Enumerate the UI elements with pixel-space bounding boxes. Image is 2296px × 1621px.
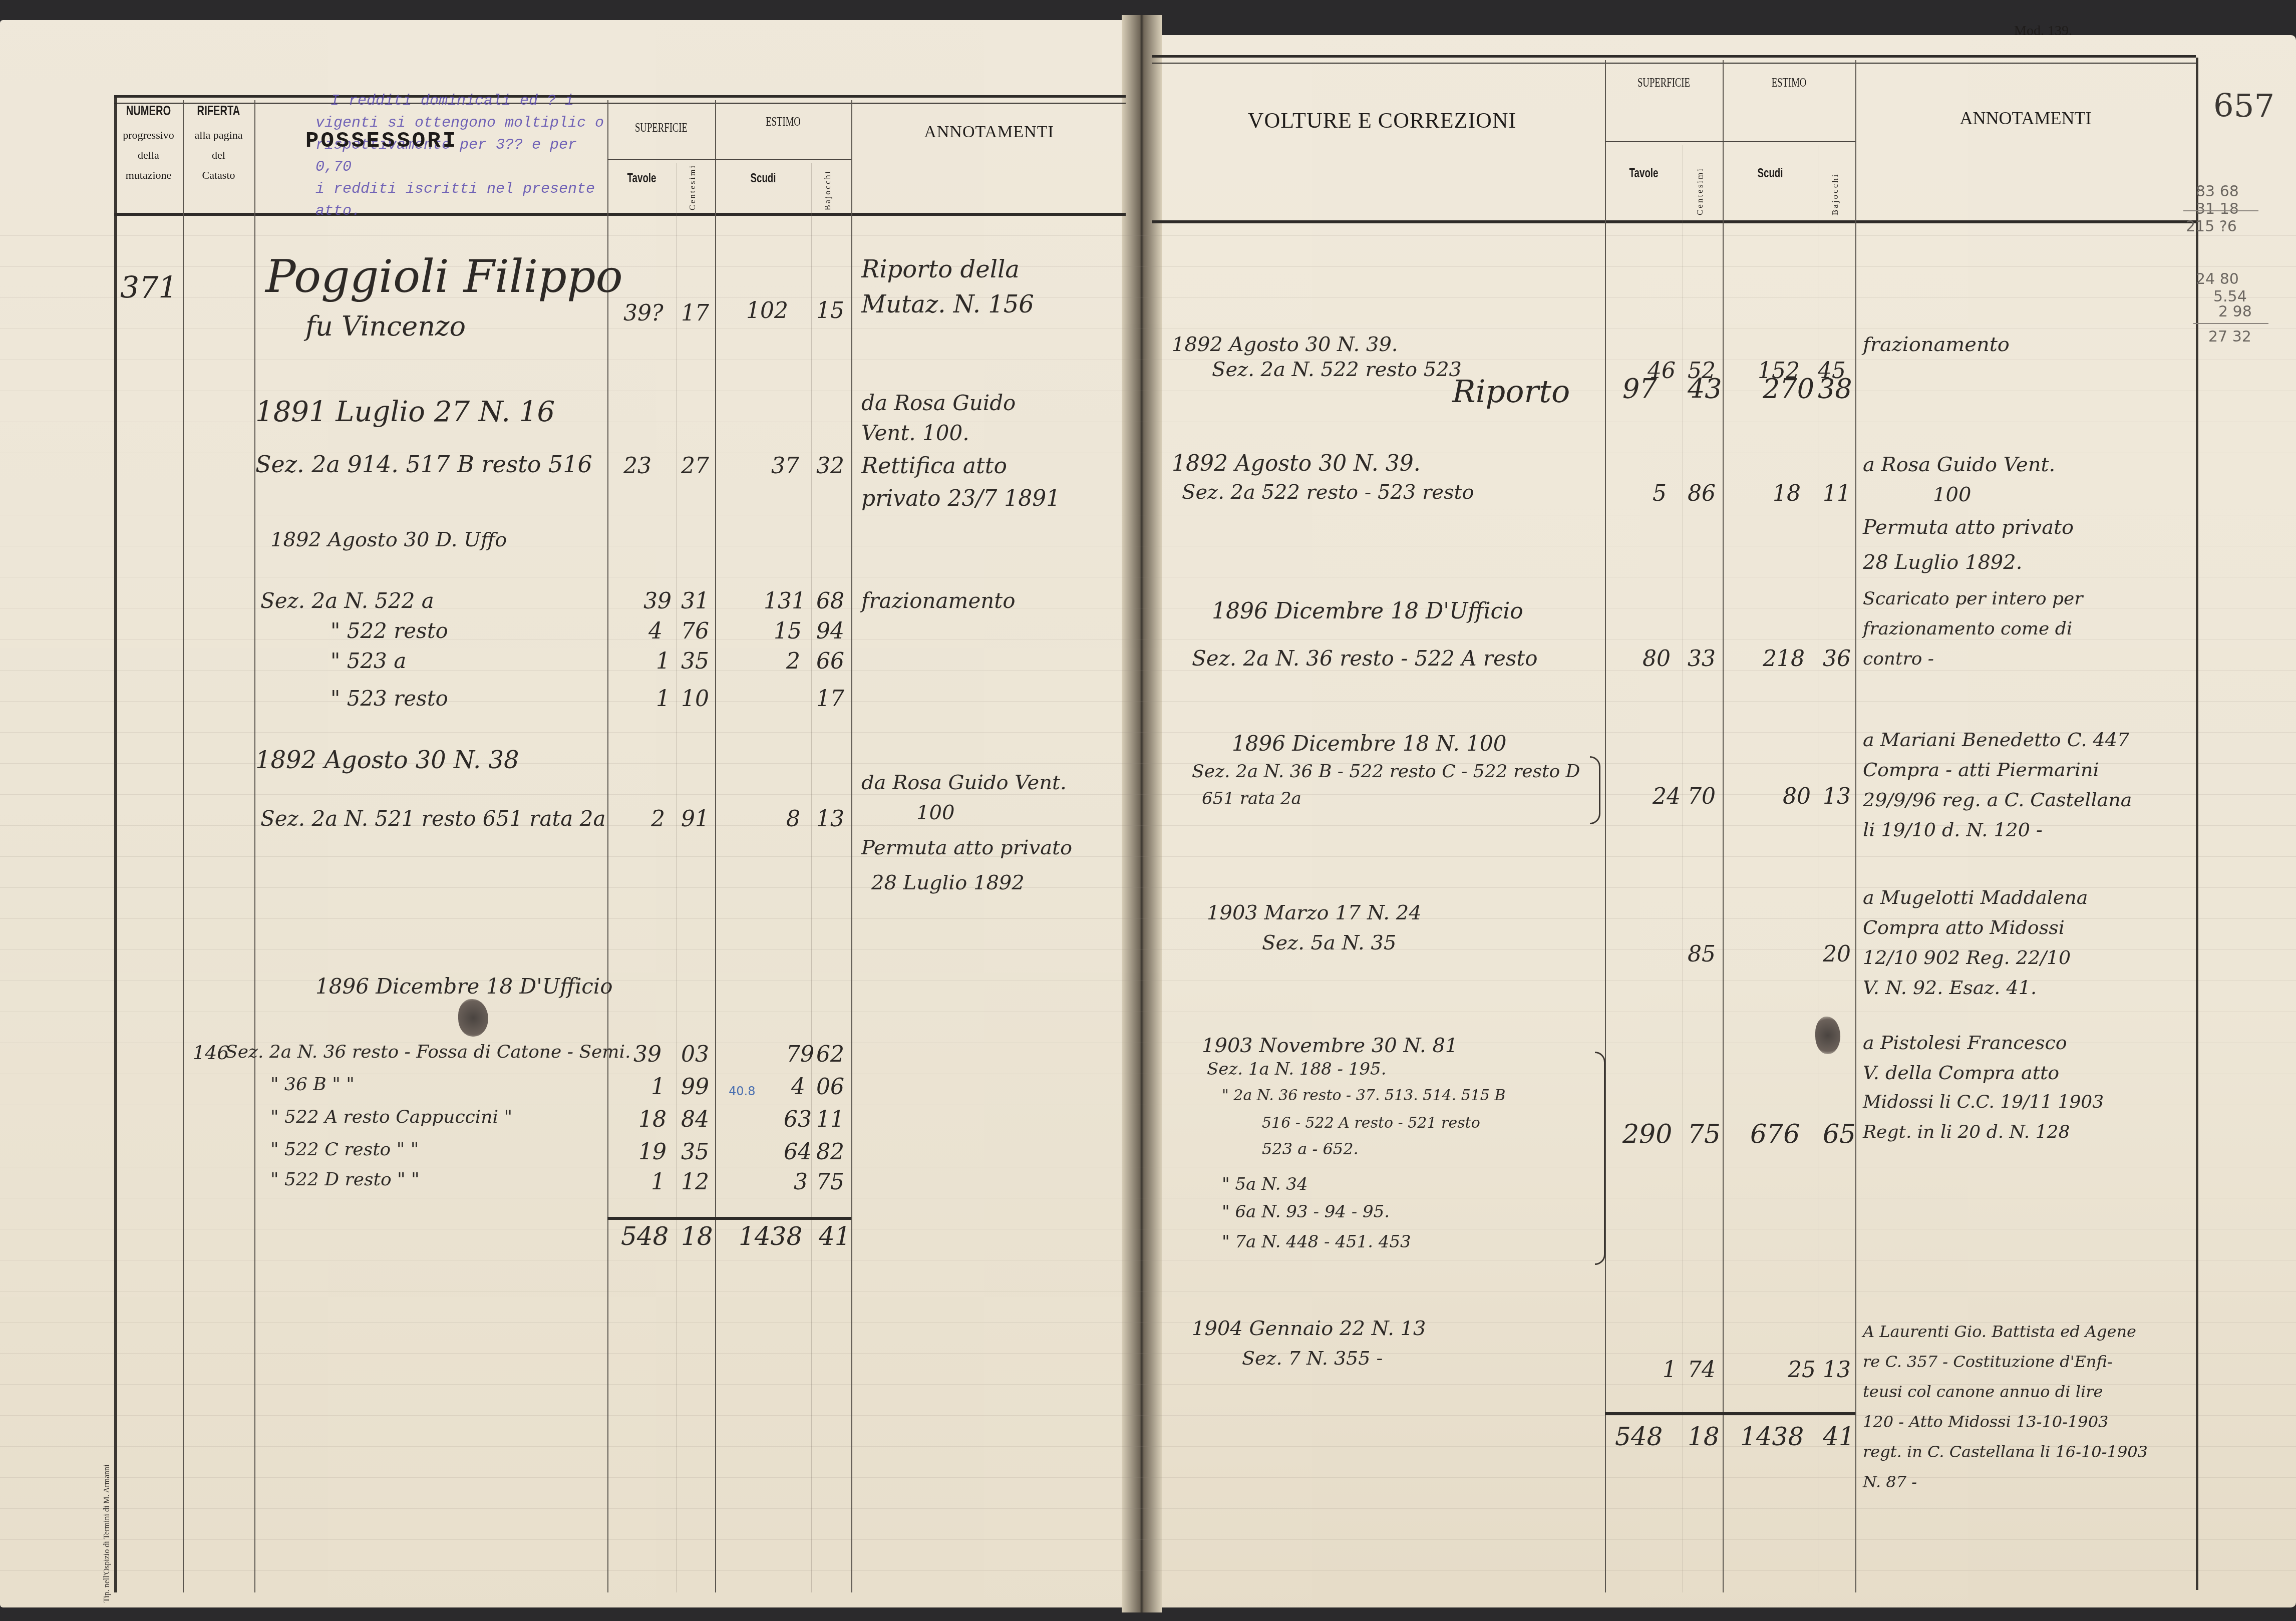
header-centesimi: Centesimi xyxy=(1695,155,1705,215)
header-scudi: Scudi xyxy=(729,170,798,186)
cell-centesimi: 33 xyxy=(1688,646,1716,672)
cell-centesimi: 84 xyxy=(681,1107,709,1132)
ruled-line xyxy=(0,1477,2296,1478)
cell-bajocchi: 11 xyxy=(1823,481,1851,506)
entry-parcel: Sez. 1a N. 188 - 195. xyxy=(1207,1059,1387,1079)
cell-scudi: 102 xyxy=(746,298,788,323)
annotamento: 12/10 902 Reg. 22/10 xyxy=(1863,946,2071,968)
ruled-line xyxy=(0,1570,2296,1571)
header-riferta: RIFERTA xyxy=(193,103,244,119)
annotamento: N. 87 - xyxy=(1863,1472,1917,1491)
ruled-line xyxy=(0,856,2296,857)
cell-bajocchi: 20 xyxy=(1823,941,1851,967)
ruled-line xyxy=(0,1508,2296,1509)
header-possessori: POSSESSORI xyxy=(305,129,458,154)
cell-scudi: 37 xyxy=(771,453,799,479)
col-divider xyxy=(254,100,255,1592)
entry-parcel: Sez. 2a N. 36 B - 522 resto C - 522 rest… xyxy=(1192,761,1580,782)
printer-note: Tip. nell'Ospizio di Termini di M. Arman… xyxy=(103,1372,112,1602)
cell-tavole: 1 xyxy=(656,649,670,674)
header-scudi: Scudi xyxy=(1736,165,1805,181)
annotamento: frazionamento xyxy=(1863,333,2010,356)
header-tavole: Tavole xyxy=(1616,165,1672,181)
annotamento: da Rosa Guido Vent. xyxy=(861,771,1067,794)
annotamento: contro - xyxy=(1863,649,1934,669)
cell-tavole: 18 xyxy=(638,1107,667,1132)
cell-bajocchi: 13 xyxy=(816,806,844,832)
annotamento: a Rosa Guido Vent. xyxy=(1863,453,2055,476)
cell-centesimi: 17 xyxy=(681,300,709,326)
cell-centesimi: 27 xyxy=(681,453,709,479)
entry-parcel: Sez. 2a 522 resto - 523 resto xyxy=(1182,481,1474,504)
cell-scudi: 80 xyxy=(1783,784,1811,809)
ruled-line xyxy=(0,391,2296,391)
cell-bajocchi: 11 xyxy=(816,1107,844,1132)
header-tavole: Tavole xyxy=(617,170,667,186)
annotamento: re C. 357 - Costituzione d'Enfi- xyxy=(1863,1352,2113,1371)
model-label: Mod. 139. xyxy=(1993,21,2093,41)
header-centesimi: Centesimi xyxy=(689,165,698,210)
annotamento: 29/9/96 reg. a C. Castellana xyxy=(1863,789,2132,811)
ruled-line xyxy=(0,1198,2296,1198)
col-divider xyxy=(811,163,812,1592)
cell-scudi: 4 xyxy=(791,1074,805,1100)
right-header-top-rule xyxy=(1152,55,2196,64)
header-annotamenti: ANNOTAMENTI xyxy=(1855,108,2196,129)
total-bajocchi: 41 xyxy=(819,1222,851,1251)
margin-pencil-number: 215 ?6 xyxy=(2186,218,2237,235)
total-bajocchi: 41 xyxy=(1823,1422,1855,1451)
cell-tavole: 39 xyxy=(633,1042,662,1067)
entry-numero: 146 xyxy=(193,1042,229,1064)
cell-bajocchi: 75 xyxy=(816,1169,844,1195)
riporto: Riporto xyxy=(1452,373,1570,410)
cell-scudi: 2 xyxy=(786,649,800,674)
cell-centesimi: 75 xyxy=(1688,1119,1721,1149)
left-outer-border xyxy=(114,95,117,1592)
subheader-rule xyxy=(607,159,851,160)
cell-scudi: 3 xyxy=(794,1169,808,1195)
total-scudi: 1438 xyxy=(739,1222,802,1251)
annotamento: teusi col canone annuo di lire xyxy=(1863,1382,2103,1401)
ruled-line xyxy=(0,1012,2296,1012)
annotamento: a Pistolesi Francesco xyxy=(1863,1032,2067,1054)
cell-bajocchi: 13 xyxy=(1823,1357,1851,1383)
annotamento: Riporto della xyxy=(861,255,1020,283)
cell-tavole: 290 xyxy=(1622,1119,1672,1149)
total-rule xyxy=(607,1217,851,1220)
cell-scudi: 79 xyxy=(786,1042,814,1067)
header-numero-sub: progressivo della mutazione xyxy=(114,125,183,185)
cell-tavole: 19 xyxy=(638,1139,667,1165)
cell-tavole: 46 xyxy=(1648,358,1676,384)
left-header-bottom-rule xyxy=(114,213,1126,216)
cell-bajocchi: 66 xyxy=(816,649,844,674)
annotamento: 120 - Atto Midossi 13-10-1903 xyxy=(1863,1412,2108,1431)
cell-centesimi: 86 xyxy=(1688,481,1716,506)
possessore-father: fu Vincenzo xyxy=(305,310,466,342)
cell-bajocchi: 94 xyxy=(816,618,844,644)
margin-pencil-number: 24 80 xyxy=(2196,270,2239,288)
header-bajocchi: Bajocchi xyxy=(1830,155,1840,215)
margin-pencil-number: 2 98 xyxy=(2218,303,2252,320)
entry-parcel: " 5a N. 34 xyxy=(1222,1174,1308,1194)
cell-scudi: 63 xyxy=(784,1107,812,1132)
entry-parcel: " 36 B " " xyxy=(270,1074,355,1095)
cell-centesimi: 35 xyxy=(681,1139,709,1165)
col-divider xyxy=(1683,145,1683,1592)
annotamento: Rettifica atto xyxy=(861,453,1007,479)
entry-date: 1892 Agosto 30 D. Uffo xyxy=(270,528,507,551)
ruled-line xyxy=(0,1229,2296,1229)
ink-blot xyxy=(458,999,488,1037)
header-volture: VOLTURE E CORREZIONI xyxy=(1162,108,1602,133)
entry-parcel: Sez. 2a 914. 517 B resto 516 xyxy=(255,451,592,478)
header-numero: NUMERO xyxy=(124,103,173,119)
cell-centesimi: 99 xyxy=(681,1074,709,1100)
annotamento: Permuta atto privato xyxy=(1863,516,2074,539)
annotamento: privato 23/7 1891 xyxy=(861,486,1060,511)
annotamento: Mutaz. N. 156 xyxy=(861,290,1034,318)
ruled-line xyxy=(0,360,2296,360)
book-gutter xyxy=(1122,15,1162,1612)
total-scudi: 1438 xyxy=(1740,1422,1804,1451)
total-centesimi: 18 xyxy=(1688,1422,1720,1451)
cell-centesimi: 91 xyxy=(681,806,709,832)
cell-bajocchi: 65 xyxy=(1823,1119,1856,1149)
col-divider xyxy=(1723,60,1724,1592)
total-centesimi: 18 xyxy=(681,1222,713,1251)
entry-parcel: " 522 A resto Cappuccini " xyxy=(270,1107,512,1127)
annotamento: 100 xyxy=(916,801,954,824)
ruled-line xyxy=(0,515,2296,515)
cell-centesimi: 31 xyxy=(681,588,709,614)
ruled-line xyxy=(0,1291,2296,1291)
header-bajocchi: Bajocchi xyxy=(824,165,833,210)
cell-scudi: 64 xyxy=(784,1139,812,1165)
cell-tavole: 23 xyxy=(623,453,651,479)
entry-parcel: 651 rata 2a xyxy=(1202,789,1301,809)
cell-centesimi: 74 xyxy=(1688,1357,1716,1383)
grouping-brace xyxy=(1595,1052,1605,1265)
annotamento: Midossi li C.C. 19/11 1903 xyxy=(1863,1092,2104,1112)
cell-tavole: 39? xyxy=(623,300,664,326)
cell-scudi: 218 xyxy=(1763,646,1805,672)
entry-parcel: " 7a N. 448 - 451. 453 xyxy=(1222,1232,1411,1252)
col-divider xyxy=(851,100,852,1592)
header-riferta-sub: alla pagina del Catasto xyxy=(183,125,254,185)
entry-date: 1892 Agosto 30 N. 38 xyxy=(255,746,519,774)
annotamento: li 19/10 d. N. 120 - xyxy=(1863,819,2043,841)
header-estimo: ESTIMO xyxy=(1741,75,1837,90)
entry-parcel: " 523 resto xyxy=(331,686,448,711)
cell-tavole: 1 xyxy=(651,1169,665,1195)
annotamento: 28 Luglio 1892. xyxy=(1863,551,2022,574)
blue-pencil-note: 40.8 xyxy=(729,1084,755,1098)
right-header-bottom-rule xyxy=(1152,220,2196,223)
possessore-name: Poggioli Filippo xyxy=(265,250,623,303)
entry-parcel: Sez. 2a N. 522 resto 523 xyxy=(1212,358,1462,381)
cell-bajocchi: 15 xyxy=(816,298,844,323)
cell-bajocchi: 36 xyxy=(1823,646,1851,672)
entry-parcel: Sez. 2a N. 36 resto - 522 A resto xyxy=(1192,646,1538,671)
entry-parcel: 516 - 522 A resto - 521 resto xyxy=(1262,1114,1480,1132)
cell-bajocchi: 06 xyxy=(816,1074,844,1100)
annotamento: da Rosa Guido xyxy=(861,391,1016,415)
cell-bajocchi: 82 xyxy=(816,1139,844,1165)
annotamento: regt. in C. Castellana li 16-10-1903 xyxy=(1863,1442,2148,1461)
ruled-line xyxy=(0,235,2296,236)
entry-parcel: Sez. 2a N. 36 resto - Fossa di Catone - … xyxy=(225,1042,630,1062)
entry-date: 1903 Marzo 17 N. 24 xyxy=(1207,901,1422,924)
ruled-line xyxy=(0,1539,2296,1540)
cell-centesimi: 12 xyxy=(681,1169,709,1195)
cell-centesimi: 70 xyxy=(1688,784,1716,809)
entry-date: 1892 Agosto 30 N. 39. xyxy=(1172,451,1421,476)
entry-parcel: " 6a N. 93 - 94 - 95. xyxy=(1222,1202,1390,1222)
annotamento: Vent. 100. xyxy=(861,421,969,445)
ruled-line xyxy=(0,1167,2296,1167)
annotamento: 28 Luglio 1892 xyxy=(871,871,1025,894)
annotamento: frazionamento xyxy=(861,588,1016,613)
col-divider xyxy=(715,100,716,1592)
cell-tavole: 4 xyxy=(648,618,663,644)
right-page xyxy=(1144,35,2296,1607)
entry-date: 1896 Dicembre 18 D'Ufficio xyxy=(1212,598,1523,624)
ruled-line xyxy=(0,577,2296,577)
col-divider xyxy=(607,100,608,1592)
cell-centesimi: 35 xyxy=(681,649,709,674)
entry-date: 1903 Novembre 30 N. 81 xyxy=(1202,1034,1458,1057)
cell-scudi: 8 xyxy=(786,806,800,832)
ink-stamp: I redditi dominicali ed ? i vigenti si o… xyxy=(300,90,611,222)
cell-bajocchi: 32 xyxy=(816,453,844,479)
cell-bajocchi: 68 xyxy=(816,588,844,614)
margin-pencil-number: 27 32 xyxy=(2208,328,2251,346)
annotamento: V. della Compra atto xyxy=(1863,1062,2059,1084)
page-number: 657 xyxy=(2213,88,2274,125)
annotamento: V. N. 92. Esaz. 41. xyxy=(1863,977,2037,999)
left-header-top-rule xyxy=(114,95,1126,104)
entry-parcel: " 523 a xyxy=(331,649,406,673)
cell-scudi: 131 xyxy=(764,588,806,614)
header-annotamenti: ANNOTAMENTI xyxy=(851,123,1127,142)
col-divider xyxy=(1855,60,1856,1592)
pencil-rule xyxy=(2183,210,2258,211)
entry-parcel: Sez. 2a N. 521 resto 651 rata 2a xyxy=(260,806,606,831)
pencil-rule xyxy=(2193,323,2268,324)
margin-pencil-number: 83 68 xyxy=(2196,183,2239,200)
cell-tavole: 1 xyxy=(1663,1357,1677,1383)
annotamento: Regt. in li 20 d. N. 128 xyxy=(1863,1122,2070,1142)
cell-bajocchi: 17 xyxy=(816,686,844,712)
cell-scudi: 15 xyxy=(774,618,802,644)
cell-centesimi: 10 xyxy=(681,686,709,712)
grouping-brace xyxy=(1590,756,1600,824)
entry-parcel: " 522 C resto " " xyxy=(270,1139,419,1160)
total-tavole: 548 xyxy=(1615,1422,1663,1451)
entry-date: 1904 Gennaio 22 N. 13 xyxy=(1192,1317,1426,1340)
cell-tavole: 24 xyxy=(1653,784,1681,809)
col-divider xyxy=(1605,60,1606,1592)
entry-date: 1892 Agosto 30 N. 39. xyxy=(1172,333,1398,356)
total-tavole: 548 xyxy=(621,1222,669,1251)
entry-date: 1896 Dicembre 18 N. 100 xyxy=(1232,731,1506,756)
annotamento: a Mariani Benedetto C. 447 xyxy=(1863,729,2129,751)
annotamento: Permuta atto privato xyxy=(861,836,1072,859)
annotamento: A Laurenti Gio. Battista ed Agene xyxy=(1863,1322,2136,1341)
cell-centesimi: 52 xyxy=(1688,358,1716,384)
entry-parcel: Sez. 2a N. 522 a xyxy=(260,588,434,613)
cell-centesimi: 76 xyxy=(681,618,709,644)
entry-parcel: " 2a N. 36 resto - 37. 513. 514. 515 B xyxy=(1222,1087,1506,1104)
entry-date: 1896 Dicembre 18 D'Ufficio xyxy=(315,974,613,999)
cell-scudi: 152 xyxy=(1758,358,1800,384)
header-estimo: ESTIMO xyxy=(734,114,832,129)
entry-parcel: " 522 resto xyxy=(331,618,448,643)
subheader-rule xyxy=(1605,141,1855,142)
cell-tavole: 80 xyxy=(1643,646,1671,672)
header-superficie: SUPERFICIE xyxy=(1621,75,1706,90)
cell-centesimi: 03 xyxy=(681,1042,709,1067)
cell-scudi: 18 xyxy=(1773,481,1801,506)
cell-tavole: 2 xyxy=(651,806,665,832)
cell-bajocchi: 45 xyxy=(1818,358,1846,384)
cell-tavole: 5 xyxy=(1653,481,1667,506)
total-rule xyxy=(1605,1412,1855,1415)
annotamento: 100 xyxy=(1933,483,1971,506)
entry-numero: 371 xyxy=(120,270,178,305)
entry-parcel: Sez. 5a N. 35 xyxy=(1262,931,1396,954)
entry-parcel: " 522 D resto " " xyxy=(270,1169,420,1190)
entry-date: 1891 Luglio 27 N. 16 xyxy=(255,396,555,428)
cell-scudi: 25 xyxy=(1788,1357,1816,1383)
annotamento: Compra atto Midossi xyxy=(1863,916,2065,938)
annotamento: Compra - atti Piermarini xyxy=(1863,759,2099,781)
cell-tavole: 1 xyxy=(656,686,670,712)
annotamento: Scaricato per intero per xyxy=(1863,588,2083,609)
cell-tavole: 39 xyxy=(643,588,672,614)
margin-pencil-number: 31 18 xyxy=(2196,200,2239,218)
ink-blot xyxy=(1815,1017,1840,1054)
annotamento: a Mugelotti Maddalena xyxy=(1863,886,2088,908)
entry-parcel: 523 a - 652. xyxy=(1262,1139,1359,1158)
header-superficie: SUPERFICIE xyxy=(622,120,700,135)
cell-bajocchi: 62 xyxy=(816,1042,844,1067)
ruled-line xyxy=(0,1260,2296,1260)
col-divider xyxy=(183,100,184,1592)
col-divider xyxy=(676,163,677,1592)
entry-parcel: Sez. 7 N. 355 - xyxy=(1242,1347,1383,1369)
cell-scudi: 676 xyxy=(1750,1119,1800,1149)
cell-bajocchi: 13 xyxy=(1823,784,1851,809)
cell-tavole: 1 xyxy=(651,1074,665,1100)
cell-centesimi: 85 xyxy=(1688,941,1716,967)
annotamento: frazionamento come di xyxy=(1863,618,2072,639)
